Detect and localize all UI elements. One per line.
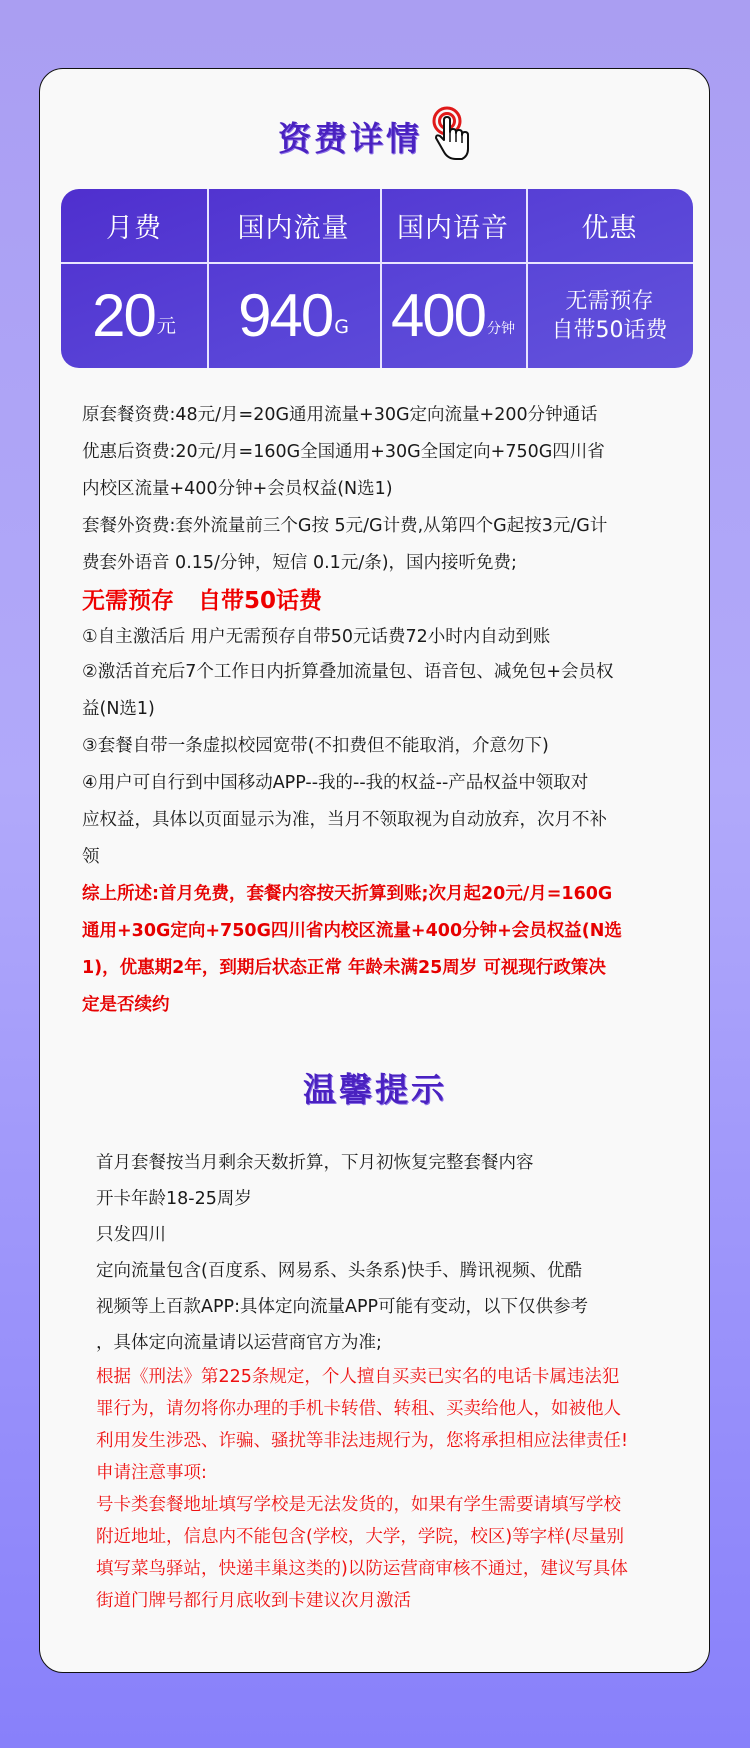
detail-line: 内校区流量+400分钟+会员权益(N选1) xyxy=(82,471,692,508)
fee-unit: 元 xyxy=(157,311,176,338)
header-promotion: 优惠 xyxy=(526,189,693,262)
section-title-fee-details: 资费详情 xyxy=(0,108,750,164)
warning-line: 填写菜鸟驿站，快递丰巢这类的)以防运营商审核不通过，建议写具体 xyxy=(96,1553,696,1585)
benefit-line: 领 xyxy=(82,839,692,876)
header-monthly-fee: 月费 xyxy=(61,189,207,262)
voice-number: 400 xyxy=(391,286,485,346)
promo-line-1: 无需预存 xyxy=(552,287,668,316)
legal-warnings: 根据《刑法》第225条规定，个人擅自买卖已实名的电话卡属违法犯 罪行为，请勿将你… xyxy=(96,1361,696,1617)
voice-unit: 分钟 xyxy=(487,318,515,338)
promo-line-2: 自带50话费 xyxy=(552,316,668,345)
summary-line: 1)，优惠期2年，到期后状态正常 年龄未满25周岁 可视现行政策决 xyxy=(82,950,692,987)
benefit-line: ④用户可自行到中国移动APP--我的--我的权益--产品权益中领取对 xyxy=(82,765,692,802)
warning-line: 罪行为，请勿将你办理的手机卡转借、转租、买卖给他人，如被他人 xyxy=(96,1393,696,1425)
header-domestic-data: 国内流量 xyxy=(207,189,380,262)
value-domestic-voice: 400分钟 xyxy=(380,264,526,368)
note-line: 定向流量包含(百度系、网易系、头条系)快手、腾讯视频、优酷 xyxy=(96,1253,696,1289)
benefit-line: ①自主激活后 用户无需预存自带50元话费72小时内自动到账 xyxy=(82,620,692,654)
summary-line: 定是否续约 xyxy=(82,987,692,1024)
note-line: 首月套餐按当月剩余天数折算，下月初恢复完整套餐内容 xyxy=(96,1145,696,1181)
data-unit: G xyxy=(334,316,349,338)
title-text: 资费详情 xyxy=(278,113,422,160)
summary-line: 通用+30G定向+750G四川省内校区流量+400分钟+会员权益(N选 xyxy=(82,913,692,950)
plan-details: 原套餐资费:48元/月=20G通用流量+30G定向流量+200分钟通话 优惠后资… xyxy=(82,397,692,1024)
detail-line: 费套外语音 0.15/分钟，短信 0.1元/条)，国内接听免费; xyxy=(82,545,692,582)
value-monthly-fee: 20元 xyxy=(61,264,207,368)
warning-line: 附近地址，信息内不能包含(学校，大学，学院，校区)等字样(尽量别 xyxy=(96,1521,696,1553)
value-domestic-data: 940G xyxy=(207,264,380,368)
column-domestic-data: 国内流量 940G xyxy=(207,189,380,368)
value-promotion: 无需预存 自带50话费 xyxy=(526,264,693,368)
warning-line: 利用发生涉恐、诈骗、骚扰等非法违规行为，您将承担相应法律责任! xyxy=(96,1425,696,1457)
no-deposit-heading: 无需预存 自带50话费 xyxy=(82,582,692,620)
warm-tips-notes: 首月套餐按当月剩余天数折算，下月初恢复完整套餐内容 开卡年龄18-25周岁 只发… xyxy=(96,1145,696,1617)
detail-line: 套餐外资费:套外流量前三个G按 5元/G计费,从第四个G起按3元/G计 xyxy=(82,508,692,545)
summary-line: 综上所述:首月免费，套餐内容按天折算到账;次月起20元/月=160G xyxy=(82,876,692,913)
warning-line: 号卡类套餐地址填写学校是无法发货的，如果有学生需要请填写学校 xyxy=(96,1489,696,1521)
column-promotion: 优惠 无需预存 自带50话费 xyxy=(526,189,693,368)
section-title-warm-tips: 温馨提示 xyxy=(0,1064,750,1111)
price-summary-table: 月费 20元 国内流量 940G 国内语音 400分钟 优惠 无需预存 自带50… xyxy=(61,189,693,368)
benefit-line: 应权益，具体以页面显示为准，当月不领取视为自动放弃，次月不补 xyxy=(82,802,692,839)
fee-number: 20 xyxy=(92,286,155,346)
warning-line: 街道门牌号都行月底收到卡建议次月激活 xyxy=(96,1585,696,1617)
detail-line: 原套餐资费:48元/月=20G通用流量+30G定向流量+200分钟通话 xyxy=(82,397,692,434)
column-monthly-fee: 月费 20元 xyxy=(61,189,207,368)
benefit-line: 益(N选1) xyxy=(82,691,692,728)
header-domestic-voice: 国内语音 xyxy=(380,189,526,262)
column-domestic-voice: 国内语音 400分钟 xyxy=(380,189,526,368)
note-line: 视频等上百款APP:具体定向流量APP可能有变动，以下仅供参考 xyxy=(96,1289,696,1325)
detail-line: 优惠后资费:20元/月=160G全国通用+30G全国定向+750G四川省 xyxy=(82,434,692,471)
note-line: 只发四川 xyxy=(96,1217,696,1253)
data-number: 940 xyxy=(238,286,332,346)
warning-line: 根据《刑法》第225条规定，个人擅自买卖已实名的电话卡属违法犯 xyxy=(96,1361,696,1393)
benefit-line: ②激活首充后7个工作日内折算叠加流量包、语音包、减免包+会员权 xyxy=(82,654,692,691)
note-line: 开卡年龄18-25周岁 xyxy=(96,1181,696,1217)
note-line: ，具体定向流量请以运营商官方为准; xyxy=(96,1325,696,1361)
warning-line: 申请注意事项: xyxy=(96,1457,696,1489)
benefit-line: ③套餐自带一条虚拟校园宽带(不扣费但不能取消，介意勿下) xyxy=(82,728,692,765)
tap-hand-icon xyxy=(432,104,472,164)
